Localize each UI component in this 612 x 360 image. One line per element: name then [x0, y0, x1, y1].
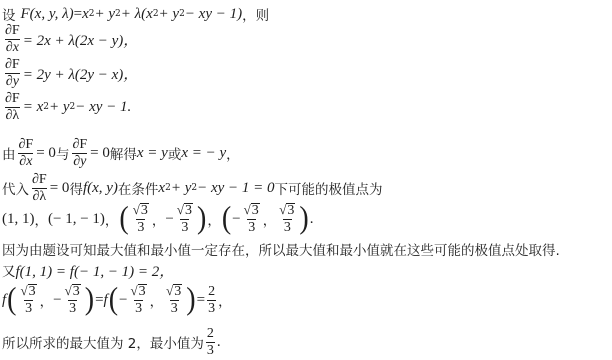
text: 设 [2, 4, 16, 24]
fraction: √3 3 [243, 203, 261, 235]
fraction: ∂F ∂y [4, 58, 21, 89]
fraction: ∂F ∂x [4, 24, 21, 55]
substitute-statement: 代入 ∂F ∂λ = 0 得 f(x, y) 在条件 x2 + y2 − xy … [2, 173, 383, 203]
partial-derivative-y: ∂F ∂y = 2y + λ(2y − x)， [2, 58, 138, 88]
fraction: √3 3 [165, 284, 183, 316]
fraction: √3 3 [278, 203, 296, 235]
fraction: ∂F ∂λ [4, 92, 21, 123]
lagrangian-lhs: F(x, y, λ) [21, 6, 74, 23]
value-at-irrational-points: f ( √3 3 ， − √3 3 ) = f ( − √3 3 ， √3 3 … [2, 283, 232, 317]
partial-derivative-x: ∂F ∂x = 2x + λ(2x − y)， [2, 24, 138, 54]
fraction: √3 3 [20, 284, 38, 316]
fraction: 2 3 [207, 285, 216, 316]
reasoning-statement: 因为由题设可知最大值和最小值一定存在，所以最大值和最小值就在这些可能的极值点处取… [2, 238, 560, 260]
extremum-candidates: (1, 1) ， (− 1, − 1) ， ( √3 3 ， − √3 3 ) … [2, 203, 313, 235]
conclusion: 所以所求的最大值为 2，最小值为 2 3 . [2, 326, 221, 358]
fraction: ∂F ∂y [71, 138, 88, 169]
fraction: √3 3 [130, 284, 148, 316]
solve-statement: 由 ∂F ∂x = 0 与 ∂F ∂y = 0 解得 x = y 或 x = −… [2, 138, 240, 168]
fraction: ∂F ∂λ [31, 173, 48, 204]
fraction: 2 3 [206, 327, 215, 358]
fraction: √3 3 [176, 203, 194, 235]
fraction: √3 3 [132, 203, 150, 235]
fraction: ∂F ∂x [18, 138, 35, 169]
lagrangian-definition: 设 F(x, y, λ) = x2 + y2 + λ(x2 + y2 − xy … [2, 3, 269, 25]
value-at-integer-points: 又 f(1, 1) = f(− 1, − 1) = 2， [2, 259, 174, 281]
fraction: √3 3 [64, 284, 82, 316]
partial-derivative-lambda: ∂F ∂λ = x2 + y2 − xy − 1. [2, 92, 131, 122]
